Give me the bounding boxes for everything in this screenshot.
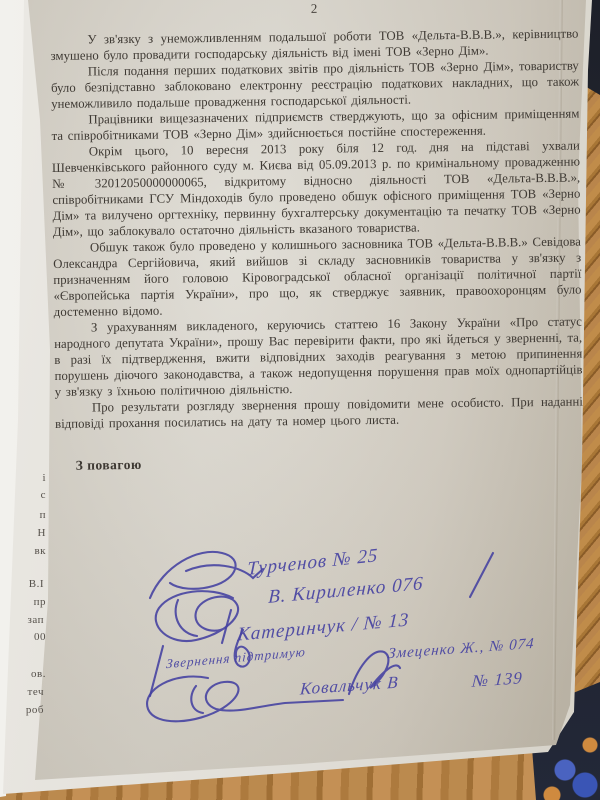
margin-fragment: ов. bbox=[20, 668, 46, 680]
margin-fragment: теч bbox=[18, 686, 44, 698]
margin-fragment: В.І bbox=[18, 578, 44, 590]
document-photo: 2 У зв'язку з унеможливленням подальшої … bbox=[0, 0, 600, 800]
handwritten-number-5: № 139 bbox=[471, 668, 523, 692]
page-content: 2 У зв'язку з унеможливленням подальшої … bbox=[50, 0, 584, 474]
margin-fragment: п bbox=[20, 509, 46, 521]
margin-fragment: с bbox=[20, 489, 46, 501]
paragraph-2: Після подання перших податкових звітів п… bbox=[51, 58, 580, 112]
margin-fragment: 00 bbox=[20, 631, 46, 643]
page-number: 2 bbox=[50, 0, 578, 20]
paragraph-5: Обшук також було проведено у колишнього … bbox=[53, 234, 582, 320]
margin-fragment: Н bbox=[20, 527, 46, 539]
margin-fragment: зап bbox=[18, 614, 44, 626]
margin-fragment: вк bbox=[20, 545, 46, 557]
paragraph-7: Про результати розгляду звернення прошу … bbox=[55, 394, 583, 432]
margin-fragment: пр bbox=[20, 596, 46, 608]
paragraph-6: З урахуванням викладеного, керуючись ста… bbox=[54, 314, 583, 400]
paragraph-4: Окрім цього, 10 вересня 2013 року біля 1… bbox=[52, 138, 581, 240]
margin-fragment: і bbox=[20, 472, 46, 484]
margin-fragment: роб bbox=[18, 704, 44, 716]
